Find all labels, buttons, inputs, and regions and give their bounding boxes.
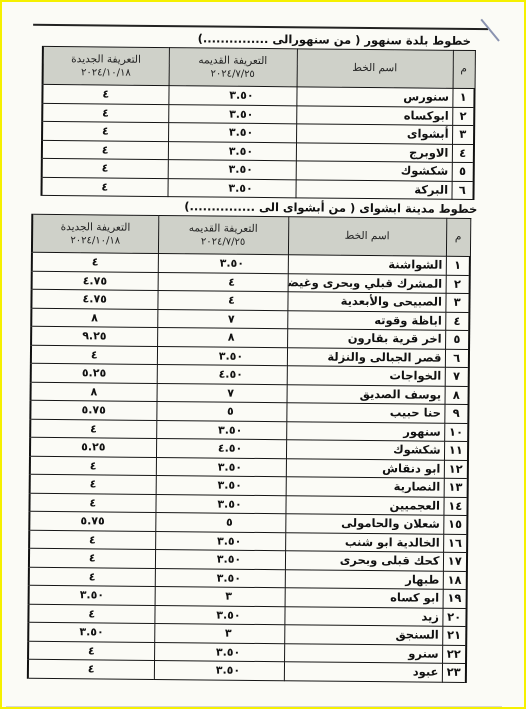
row-index: ١٩ <box>443 589 467 608</box>
row-new-fare: ٥.٧٥ <box>30 400 156 420</box>
row-new-fare: ٤ <box>31 345 157 365</box>
row-old-fare: ٨ <box>157 327 287 347</box>
row-index: ٣ <box>445 293 469 312</box>
table-header-row: م اسم الخط التعريفة القديمه ٢٠٢٤/٧/٢٥ ال… <box>32 214 470 256</box>
table-row: ٢٣عبود٣.٥٠٤ <box>28 659 466 682</box>
row-old-fare: ٣.٥٠ <box>157 346 287 366</box>
row-new-fare: ٣.٥٠ <box>28 622 154 642</box>
header-new-fare: التعريفة الجديدة ٢٠٢٤/١٠/١٨ <box>43 46 169 85</box>
row-old-fare: ٤ <box>157 290 287 310</box>
header-new-fare-date: ٢٠٢٤/١٠/١٨ <box>44 65 169 79</box>
header-index: م <box>446 218 470 256</box>
header-new-fare: التعريفة الجديدة ٢٠٢٤/١٠/١٨ <box>32 214 158 253</box>
row-line-name: اخر قرية بقارون <box>287 329 445 349</box>
row-index: ٥ <box>452 162 474 181</box>
header-new-fare-date: ٢٠٢٤/١٠/١٨ <box>33 233 158 247</box>
row-old-fare: ٣.٥٠ <box>155 549 285 569</box>
row-index: ٤ <box>452 144 474 163</box>
row-new-fare: ٩.٢٥ <box>31 326 157 346</box>
row-index: ١٣ <box>444 478 468 497</box>
row-index: ٦ <box>445 349 469 368</box>
row-index: ١ <box>446 256 470 275</box>
row-index: ١ <box>452 88 474 107</box>
row-index: ١٠ <box>444 423 468 442</box>
row-line-name: ابو كساه <box>285 588 443 608</box>
row-index: ٢٣ <box>442 663 466 682</box>
header-old-fare-date: ٢٠٢٤/٧/٢٥ <box>169 67 296 81</box>
header-line-name: اسم الخط <box>288 217 446 257</box>
table-header-row: م اسم الخط التعريفة القديمه ٢٠٢٤/٧/٢٥ ال… <box>43 46 475 88</box>
row-new-fare: ٤ <box>41 177 167 197</box>
header-old-fare: التعريفة القديمه ٢٠٢٤/٧/٢٥ <box>158 215 288 254</box>
row-old-fare: ٣.٥٠ <box>168 160 296 180</box>
row-index: ١٢ <box>444 460 468 479</box>
row-line-name: حنا حبيب <box>286 403 444 423</box>
row-old-fare: ٧ <box>157 383 287 403</box>
row-new-fare: ٤ <box>42 121 168 141</box>
row-old-fare: ٣.٥٠ <box>154 660 284 680</box>
row-line-name: يوسف الصديق <box>287 384 445 404</box>
row-line-name: طبهار <box>285 569 443 589</box>
row-index: ١٦ <box>443 534 467 553</box>
row-old-fare: ٥ <box>155 512 285 532</box>
header-new-fare-label: التعريفة الجديدة <box>71 53 141 66</box>
row-index: ١٥ <box>443 515 467 534</box>
header-new-fare-label: التعريفة الجديدة <box>61 221 131 234</box>
row-index: ٢٠ <box>442 608 466 627</box>
row-index: ٦ <box>451 181 473 200</box>
row-index: ٢٢ <box>442 645 466 664</box>
row-old-fare: ٣.٥٠ <box>168 141 296 161</box>
row-index: ٤ <box>445 312 469 331</box>
row-new-fare: ٤ <box>30 456 156 476</box>
row-new-fare: ٥.٢٥ <box>30 437 156 457</box>
row-old-fare: ٣.٥٠ <box>156 475 286 495</box>
row-new-fare: ٤ <box>28 641 154 661</box>
row-line-name: عبود <box>284 662 442 682</box>
row-old-fare: ٣.٥٠ <box>155 568 285 588</box>
row-line-name: كحك قبلى وبحرى <box>285 551 443 571</box>
row-new-fare: ٤ <box>42 103 168 123</box>
header-old-fare-label: التعريفة القديمه <box>198 54 267 67</box>
header-old-fare-date: ٢٠٢٤/٧/٢٥ <box>158 235 287 249</box>
row-old-fare: ٣.٥٠ <box>168 123 296 143</box>
row-new-fare: ٤ <box>32 252 158 272</box>
row-old-fare: ٣.٥٠ <box>168 104 296 124</box>
row-new-fare: ٤ <box>28 659 154 679</box>
row-old-fare: ٣ <box>154 623 284 643</box>
table-row: ٦البركة٣.٥٠٤ <box>41 177 473 200</box>
header-old-fare: التعريفة القديمه ٢٠٢٤/٧/٢٥ <box>169 48 297 87</box>
row-new-fare: ٤ <box>42 140 168 160</box>
section2-title: خطوط مدينة ابشواى ( من أبشواى الى ......… <box>184 199 477 216</box>
row-line-name: المشرك قبلي وبحرى وغيضان <box>288 273 446 293</box>
row-line-name: زيد <box>284 606 442 626</box>
section1-title: خطوط بلدة سنهور ( من سنهورالى ..........… <box>198 31 471 48</box>
row-new-fare: ٤ <box>29 530 155 550</box>
row-index: ٩ <box>444 404 468 423</box>
row-old-fare: ٣.٥٠ <box>156 457 286 477</box>
page-corner-line <box>480 19 499 42</box>
row-line-name: أبشواى <box>296 124 452 144</box>
row-new-fare: ٥.٢٥ <box>31 363 157 383</box>
row-line-name: سنورس <box>296 87 452 107</box>
row-new-fare: ٤ <box>30 419 156 439</box>
row-line-name: الخواجات <box>287 366 445 386</box>
row-index: ٨ <box>445 386 469 405</box>
row-old-fare: ٤ <box>158 272 288 292</box>
row-new-fare: ٤.٧٥ <box>31 289 157 309</box>
row-new-fare: ٤ <box>29 548 155 568</box>
row-new-fare: ٤ <box>42 84 168 104</box>
row-old-fare: ٧ <box>157 309 287 329</box>
row-index: ٢١ <box>442 626 466 645</box>
header-line-name: اسم الخط <box>297 49 453 88</box>
row-line-name: الخالدية ابو شنب <box>285 532 443 552</box>
row-old-fare: ٣.٥٠ <box>167 178 295 198</box>
row-line-name: البركة <box>295 179 451 199</box>
row-line-name: الصبيحى والأبعدية <box>287 292 445 312</box>
row-line-name: سنهور <box>286 421 444 441</box>
row-line-name: السنجق <box>284 625 442 645</box>
row-line-name: ابوكساه <box>296 105 452 125</box>
row-new-fare: ٤ <box>30 474 156 494</box>
row-old-fare: ٤.٥٠ <box>157 364 287 384</box>
row-line-name: اباظة وقوته <box>287 310 445 330</box>
row-old-fare: ٣.٥٠ <box>168 86 296 106</box>
row-index: ٥ <box>445 330 469 349</box>
row-new-fare: ٤ <box>42 158 168 178</box>
header-index: م <box>453 50 475 88</box>
row-line-name: سنرو <box>284 643 442 663</box>
row-line-name: الشواشنة <box>288 255 446 275</box>
row-index: ١٧ <box>443 552 467 571</box>
header-old-fare-label: التعريفة القديمه <box>189 222 258 235</box>
row-index: ٧ <box>445 367 469 386</box>
top-rule <box>33 24 488 30</box>
row-old-fare: ٣.٥٠ <box>154 605 284 625</box>
row-index: ١٨ <box>443 571 467 590</box>
row-line-name: الاوبرج <box>296 142 452 162</box>
row-index: ٢ <box>452 107 474 126</box>
row-new-fare: ٨ <box>31 308 157 328</box>
row-old-fare: ٥ <box>156 401 286 421</box>
section1-fare-table: م اسم الخط التعريفة القديمه ٢٠٢٤/٧/٢٥ ال… <box>40 46 475 200</box>
row-old-fare: ٣.٥٠ <box>155 494 285 514</box>
row-index: ١١ <box>444 441 468 460</box>
row-old-fare: ٣.٥٠ <box>155 531 285 551</box>
row-old-fare: ٤.٥٠ <box>156 438 286 458</box>
row-new-fare: ٤.٧٥ <box>32 271 158 291</box>
row-old-fare: ٣.٥٠ <box>156 420 286 440</box>
row-new-fare: ٤ <box>28 604 154 624</box>
row-index: ١٤ <box>443 497 467 516</box>
row-old-fare: ٣.٥٠ <box>154 642 284 662</box>
scanned-page: خطوط بلدة سنهور ( من سنهورالى ..........… <box>0 0 526 709</box>
section2-fare-table: م اسم الخط التعريفة القديمه ٢٠٢٤/٧/٢٥ ال… <box>27 214 471 683</box>
row-line-name: النصارية <box>286 477 444 497</box>
row-new-fare: ٨ <box>31 382 157 402</box>
row-new-fare: ٥.٧٥ <box>29 511 155 531</box>
row-index: ٣ <box>452 125 474 144</box>
row-new-fare: ٣.٥٠ <box>29 585 155 605</box>
row-index: ٢ <box>446 275 470 294</box>
scan-frame: خطوط بلدة سنهور ( من سنهورالى ..........… <box>0 0 526 709</box>
row-line-name: ابو دنقاش <box>286 458 444 478</box>
row-new-fare: ٤ <box>29 567 155 587</box>
row-old-fare: ٣ <box>155 586 285 606</box>
row-line-name: قصر الجبالى والنزلة <box>287 347 445 367</box>
row-line-name: شعلان والحامولى <box>285 514 443 534</box>
row-line-name: شكشوك <box>286 440 444 460</box>
row-old-fare: ٣.٥٠ <box>158 253 288 273</box>
row-new-fare: ٤ <box>29 493 155 513</box>
row-line-name: شكشوك <box>296 161 452 181</box>
row-line-name: العجميين <box>285 495 443 515</box>
